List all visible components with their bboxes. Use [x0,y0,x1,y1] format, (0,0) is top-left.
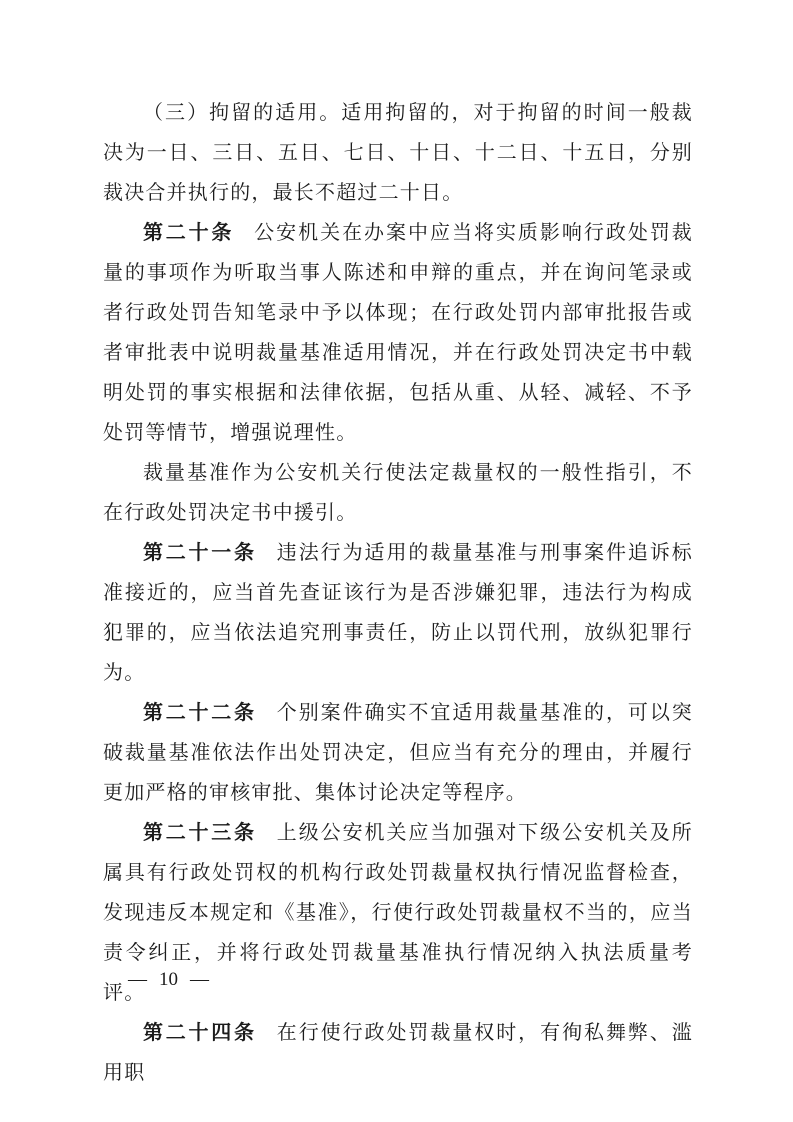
page-number: 10 [159,969,178,990]
page-footer: —10— [128,966,209,994]
article-paragraph: 第二十四条在行使行政处罚裁量权时，有徇私舞弊、滥用职 [103,1013,693,1093]
article-number-heading: 第二十一条 [143,542,257,564]
article-number-heading: 第二十条 [143,222,234,244]
article-number-heading: 第二十四条 [143,1022,257,1044]
paragraph: （三）拘留的适用。适用拘留的，对于拘留的时间一般裁决为一日、三日、五日、七日、十… [103,93,693,213]
paragraph-text: （三）拘留的适用。适用拘留的，对于拘留的时间一般裁决为一日、三日、五日、七日、十… [103,102,693,204]
paragraph-text: 公安机关在办案中应当将实质影响行政处罚裁量的事项作为听取当事人陈述和申辩的重点，… [103,222,693,444]
page-content: （三）拘留的适用。适用拘留的，对于拘留的时间一般裁决为一日、三日、五日、七日、十… [103,93,693,1093]
paragraph-text: 裁量基准作为公安机关行使法定裁量权的一般性指引，不在行政处罚决定书中援引。 [103,462,693,524]
article-paragraph: 第二十条公安机关在办案中应当将实质影响行政处罚裁量的事项作为听取当事人陈述和申辩… [103,213,693,453]
footer-dash-right: — [190,969,209,990]
paragraph: 裁量基准作为公安机关行使法定裁量权的一般性指引，不在行政处罚决定书中援引。 [103,453,693,533]
article-number-heading: 第二十二条 [143,702,257,724]
article-paragraph: 第二十一条违法行为适用的裁量基准与刑事案件追诉标准接近的，应当首先查证该行为是否… [103,533,693,693]
document-page: （三）拘留的适用。适用拘留的，对于拘留的时间一般裁决为一日、三日、五日、七日、十… [0,0,793,1122]
article-paragraph: 第二十二条个别案件确实不宜适用裁量基准的，可以突破裁量基准依法作出处罚决定，但应… [103,693,693,813]
footer-dash-left: — [128,969,147,990]
article-number-heading: 第二十三条 [143,822,257,844]
